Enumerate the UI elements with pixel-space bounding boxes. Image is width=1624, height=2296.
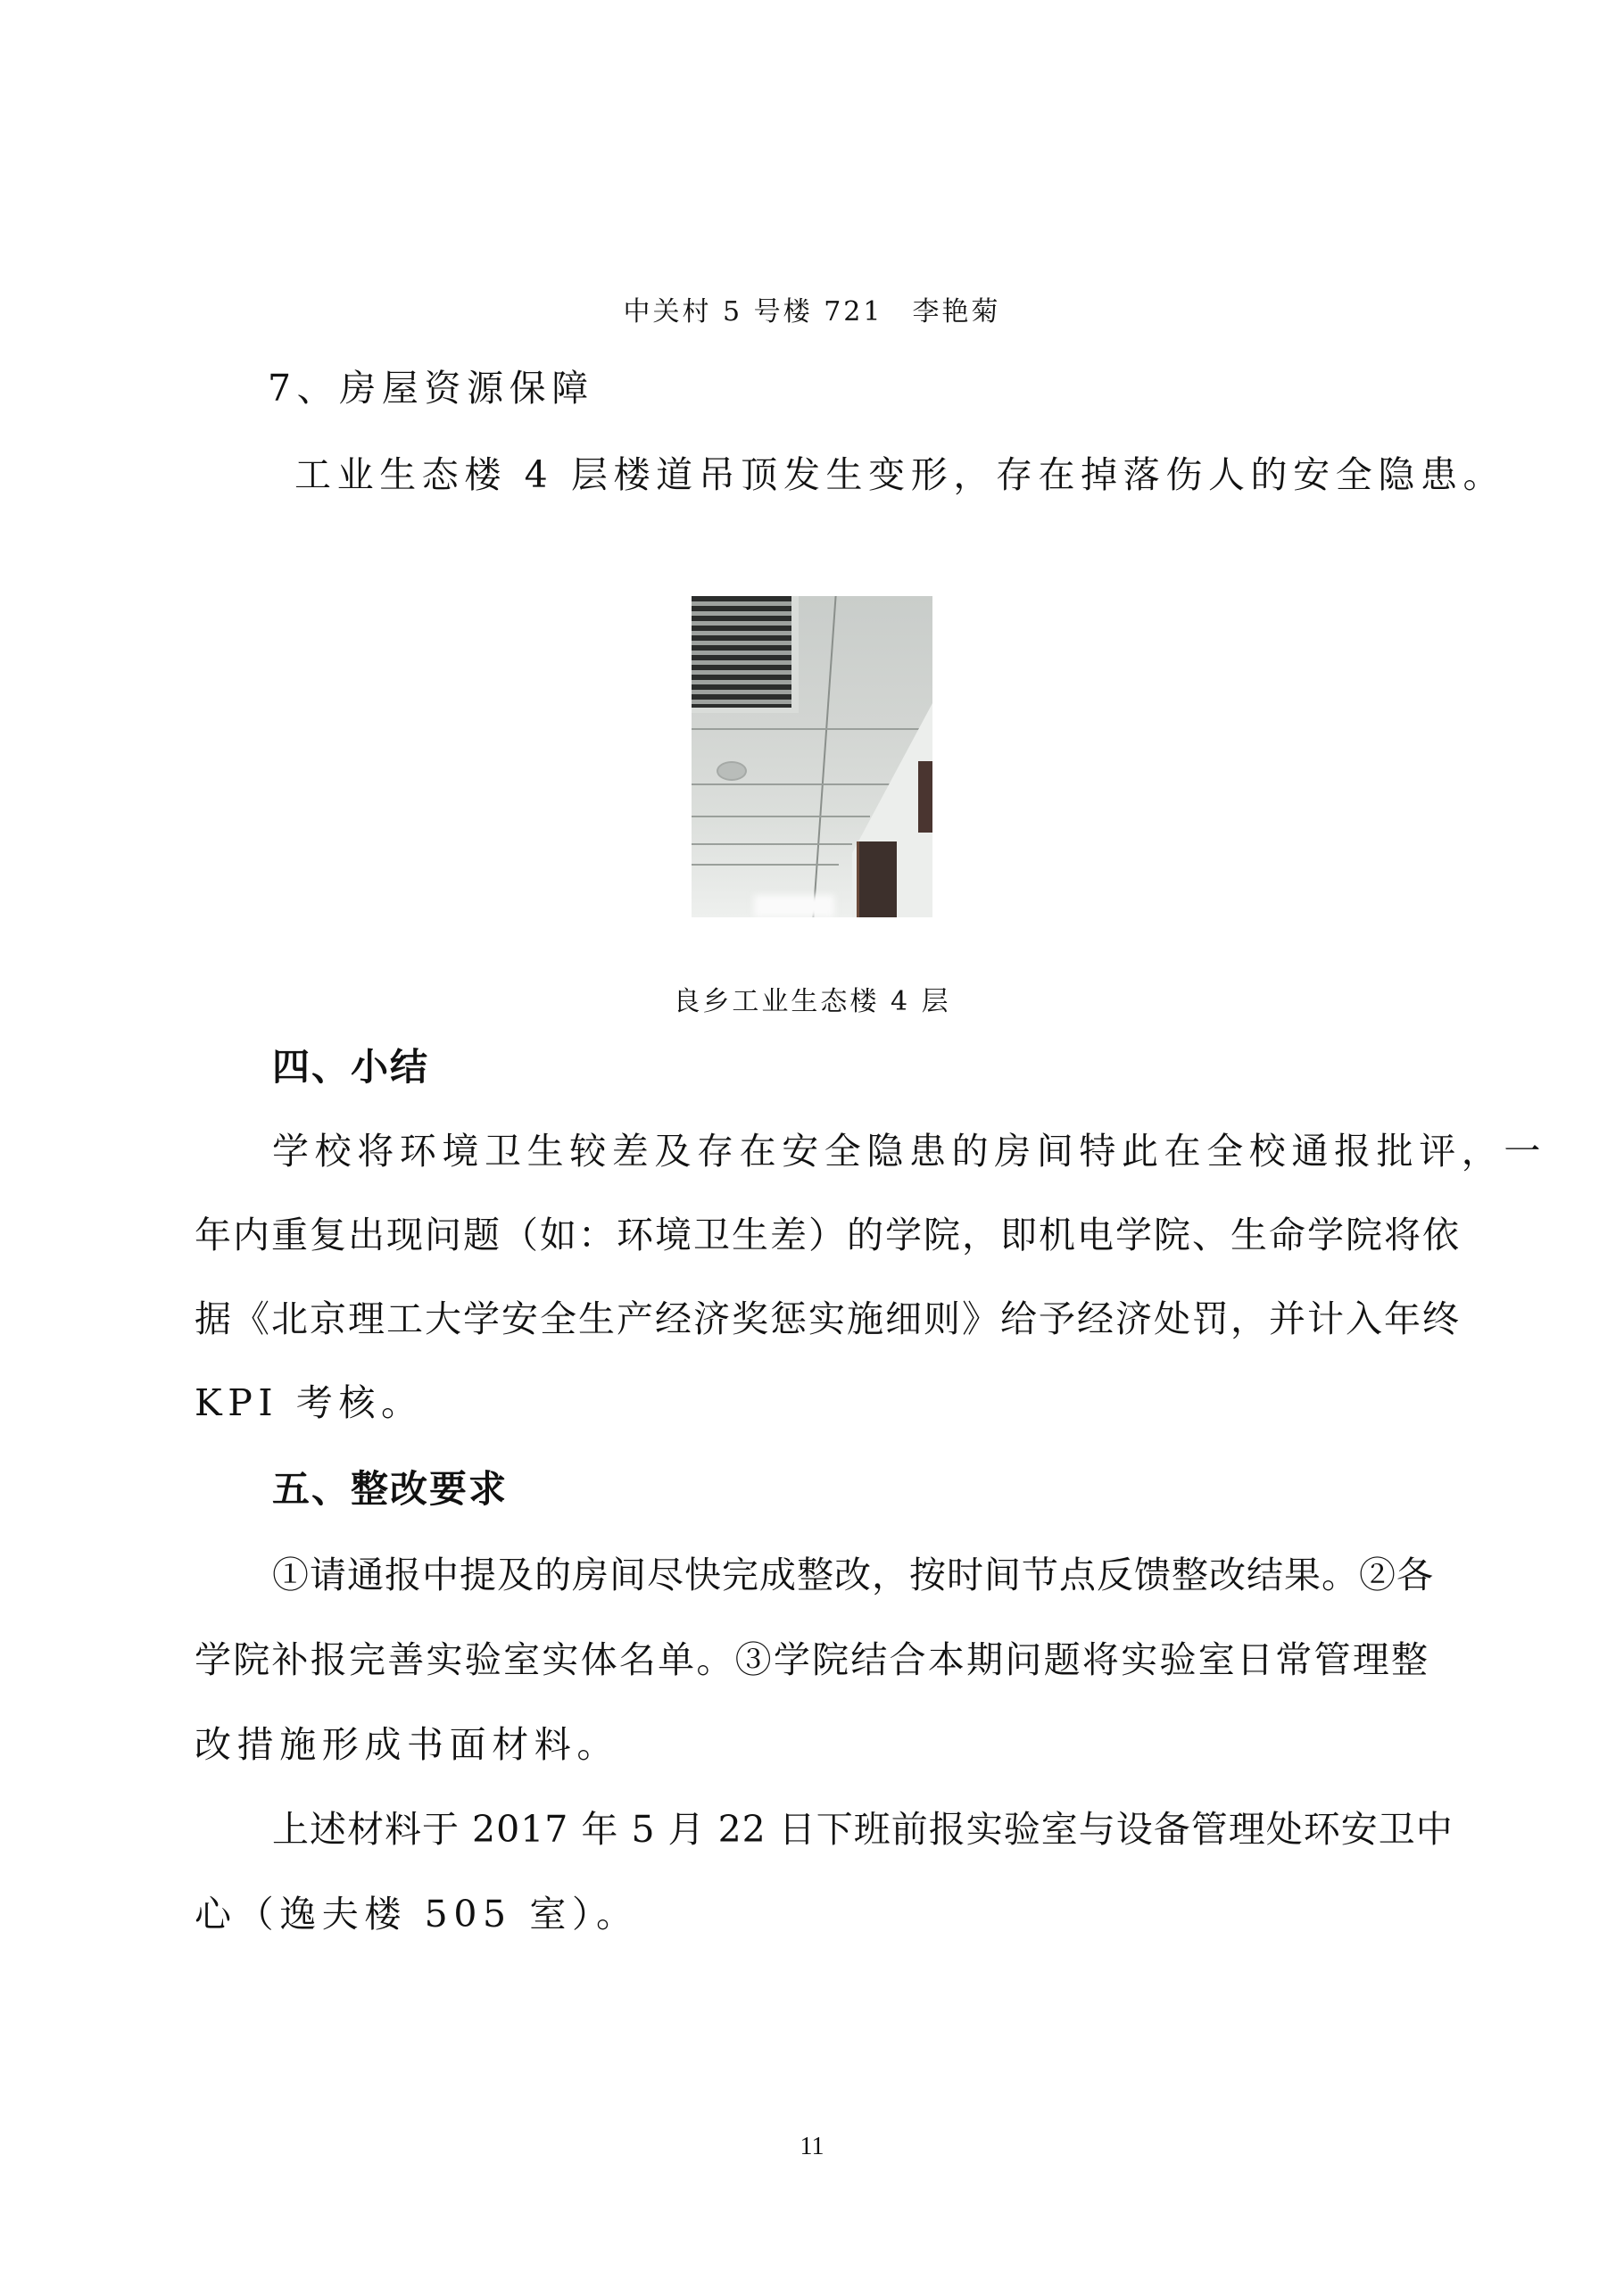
summary-line-1: 学校将环境卫生较差及存在安全隐患的房间特此在全校通报批评，一 [272, 1133, 1429, 1170]
summary-line-2: 年内重复出现问题（如：环境卫生差）的学院，即机电学院、生命学院将依 [195, 1217, 1429, 1254]
summary-line-4: KPI 考核。 [195, 1385, 424, 1422]
air-vent [692, 596, 799, 713]
corridor-ceiling-photo [692, 596, 932, 917]
corridor-light [754, 895, 834, 917]
rectification-line-3: 改措施形成书面材料。 [195, 1727, 619, 1763]
deadline-line-1: 上述材料于 2017 年 5 月 22 日下班前报实验室与设备管理处环安卫中 [272, 1811, 1429, 1848]
section-7-title: 7、房屋资源保障 [268, 370, 594, 407]
summary-line-3: 据《北京理工大学安全生产经济奖惩实施细则》给予经济处罚，并计入年终 [195, 1301, 1429, 1338]
page-number: 11 [0, 2133, 1624, 2161]
photo-caption-top: 中关村 5 号楼 721 李艳菊 [0, 299, 1624, 326]
ceiling-light-fixture [717, 761, 747, 781]
section-7-text: 工业生态楼 4 层楼道吊顶发生变形，存在掉落伤人的安全隐患。 [294, 457, 1505, 493]
door [857, 841, 897, 917]
rectification-heading: 五、整改要求 [272, 1471, 508, 1508]
door [918, 761, 932, 833]
deadline-line-2: 心（逸夫楼 505 室）。 [195, 1896, 639, 1933]
summary-heading: 四、小结 [272, 1049, 429, 1086]
photo-caption: 良乡工业生态楼 4 层 [0, 989, 1624, 1015]
rectification-line-2: 学院补报完善实验室实体名单。③学院结合本期问题将实验室日常管理整 [195, 1642, 1429, 1678]
rectification-line-1: ①请通报中提及的房间尽快完成整改，按时间节点反馈整改结果。②各 [272, 1557, 1429, 1594]
